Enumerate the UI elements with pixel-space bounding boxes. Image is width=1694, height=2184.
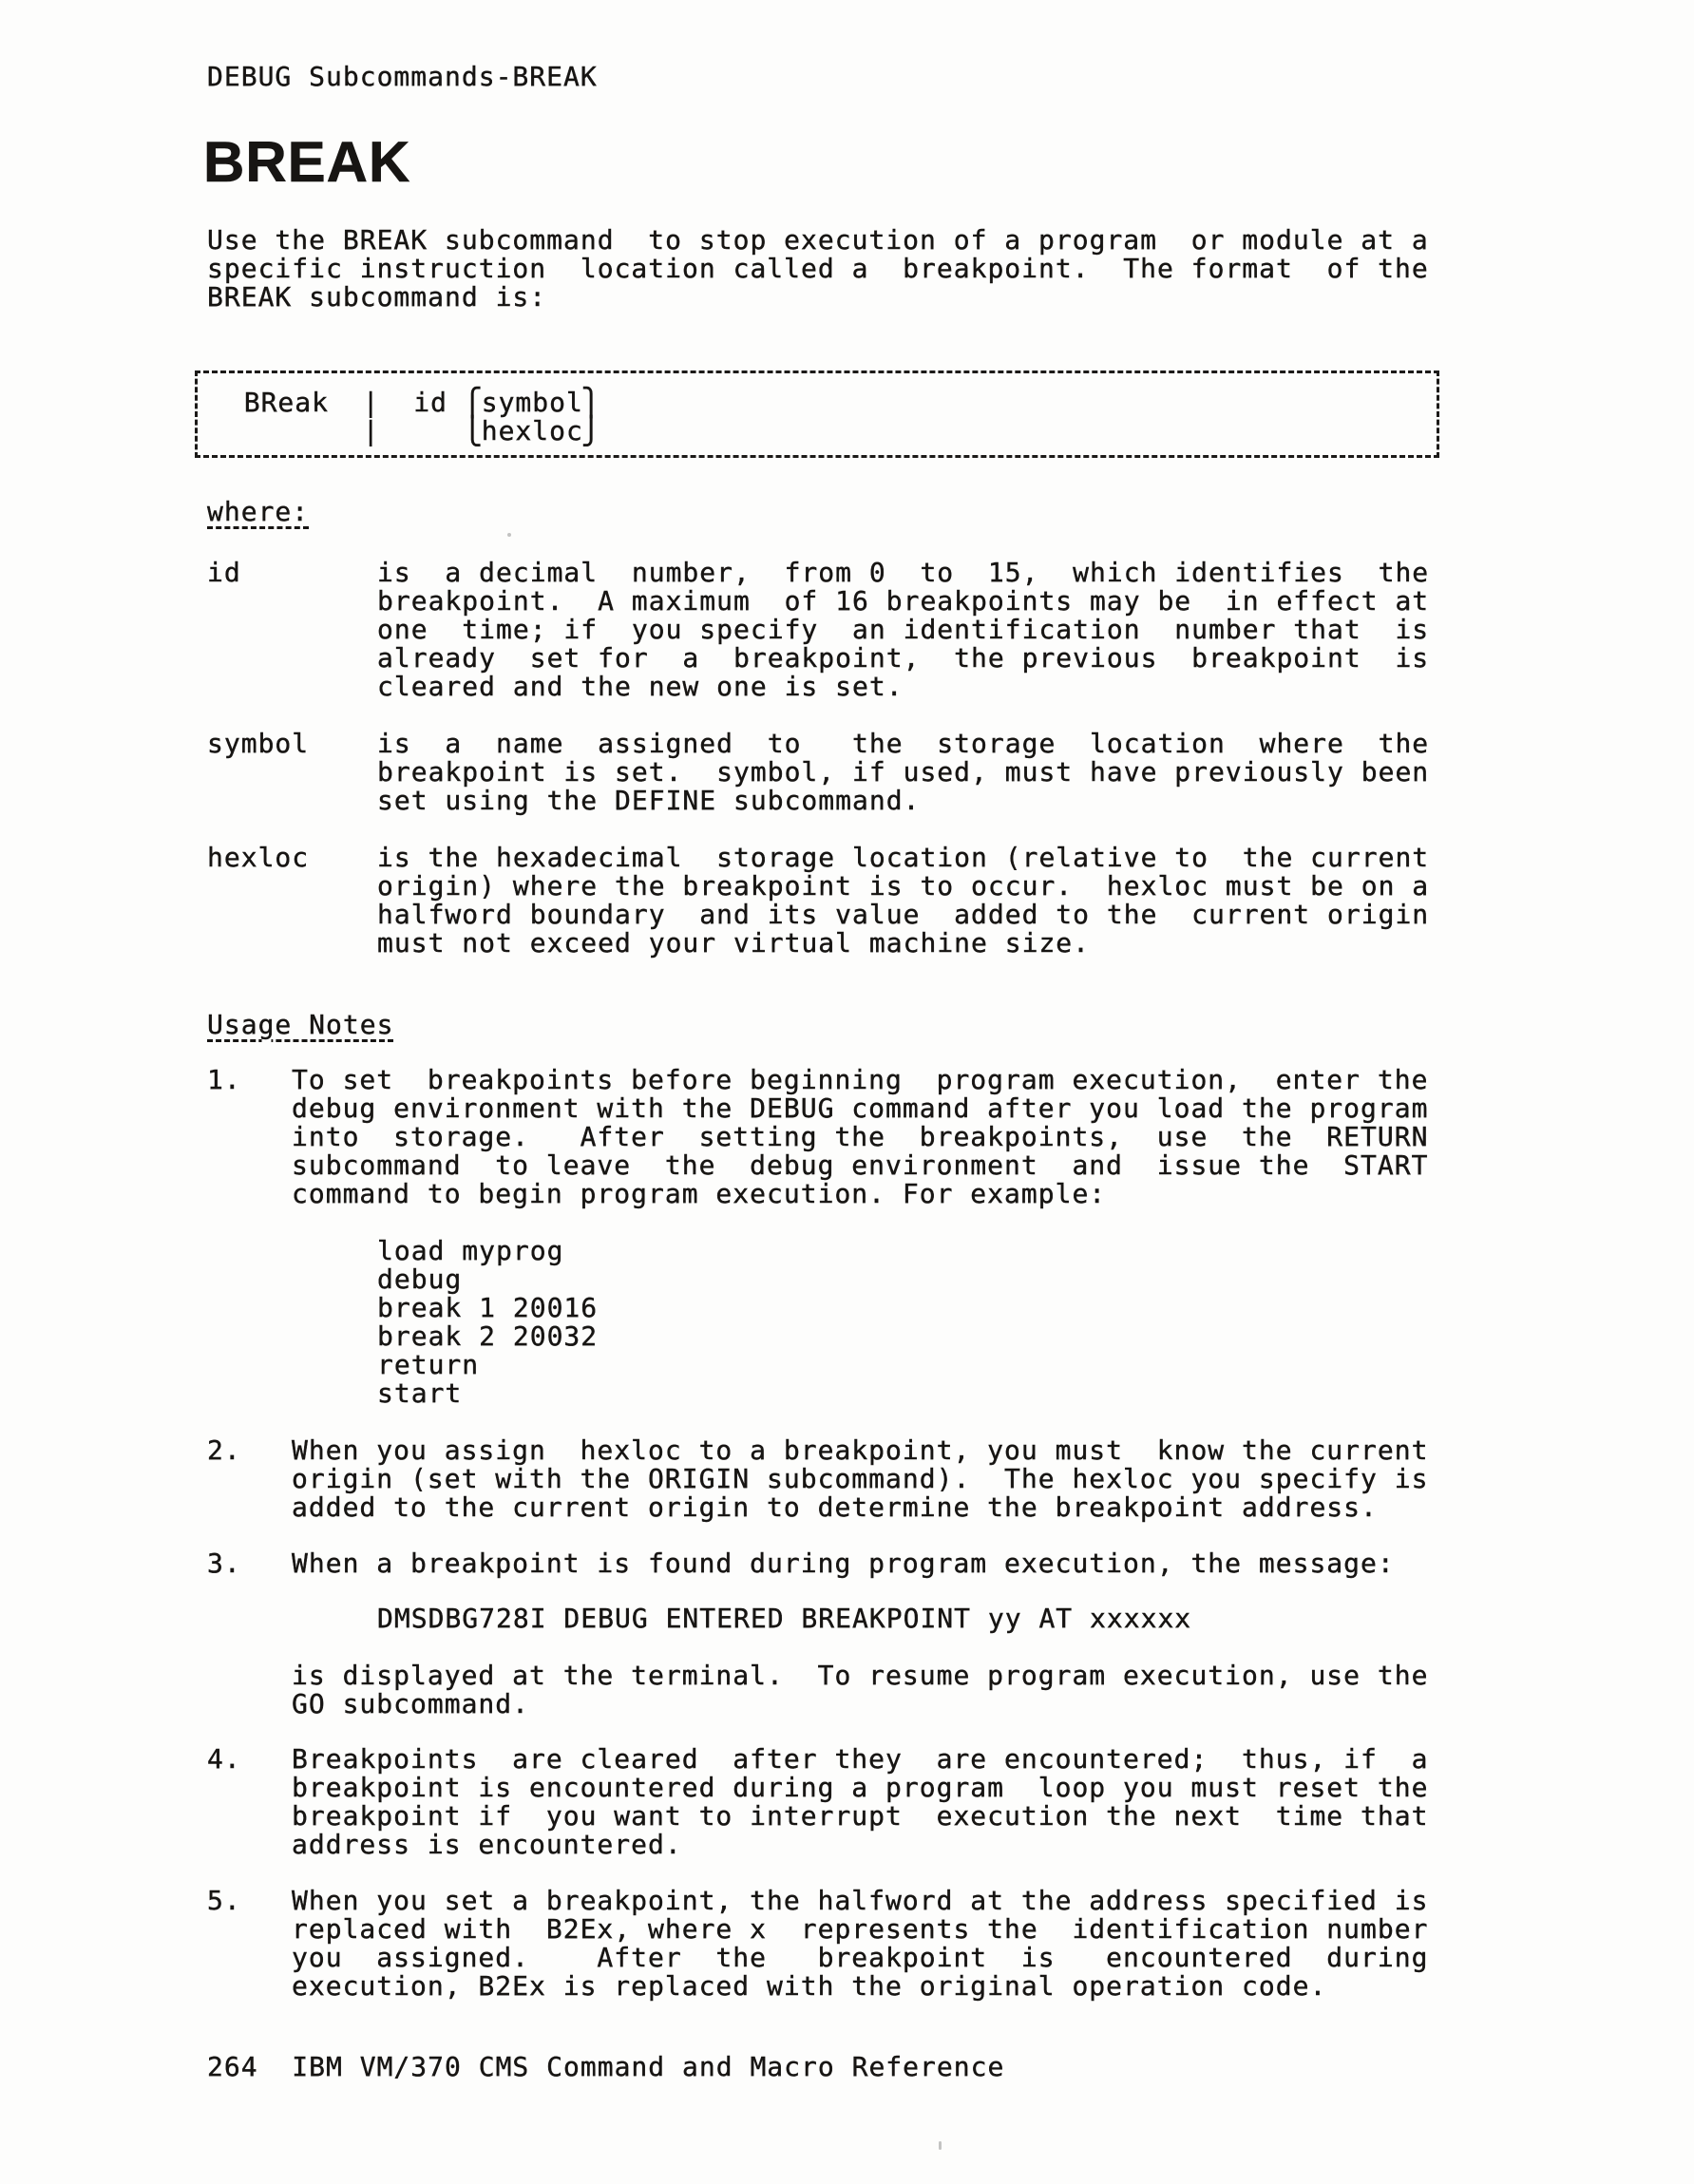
note-message-text: DMSDBG728I DEBUG ENTERED BREAKPOINT yy A… (377, 1605, 1191, 1633)
note-number-3: 3. (207, 1549, 241, 1578)
param-desc-id: is a decimal number, from 0 to 15, which… (377, 559, 1429, 701)
note-number-4: 4. (207, 1745, 241, 1774)
note-example-code: load myprog debug break 1 20016 break 2 … (377, 1237, 598, 1408)
note-text-3: When a breakpoint is found during progra… (292, 1549, 1395, 1578)
manual-page: DEBUG Subcommands-BREAK BREAK Use the BR… (0, 0, 1694, 2184)
intro-paragraph: Use the BREAK subcommand to stop executi… (207, 226, 1429, 312)
syntax-box-content: BReak | id ⎧symbol⎫ | ⎩hexloc⎭ (198, 373, 1437, 446)
where-label: where: (207, 498, 309, 526)
running-head: DEBUG Subcommands-BREAK (207, 63, 598, 91)
param-term-id: id (207, 559, 241, 587)
scan-speck (507, 533, 511, 537)
param-desc-hexloc: is the hexadecimal storage location (rel… (377, 844, 1429, 958)
page-footer: 264 IBM VM/370 CMS Command and Macro Ref… (207, 2053, 1004, 2081)
scan-speck (939, 2141, 942, 2150)
note-number-5: 5. (207, 1887, 241, 1915)
param-term-hexloc: hexloc (207, 844, 309, 872)
page-title: BREAK (203, 133, 410, 192)
param-desc-symbol: is a name assigned to the storage locati… (377, 730, 1429, 815)
usage-notes-heading: Usage Notes (207, 1011, 393, 1039)
note-number-1: 1. (207, 1066, 241, 1094)
note-text-5: When you set a breakpoint, the halfword … (292, 1887, 1428, 2001)
note-text-1: To set breakpoints before beginning prog… (292, 1066, 1428, 1208)
note-number-2: 2. (207, 1436, 241, 1465)
param-term-symbol: symbol (207, 730, 309, 758)
note-text-2: When you assign hexloc to a breakpoint, … (292, 1436, 1428, 1522)
note-text-4: Breakpoints are cleared after they are e… (292, 1745, 1428, 1859)
syntax-box: BReak | id ⎧symbol⎫ | ⎩hexloc⎭ (195, 370, 1439, 458)
note-text-3-continued: is displayed at the terminal. To resume … (292, 1662, 1428, 1719)
